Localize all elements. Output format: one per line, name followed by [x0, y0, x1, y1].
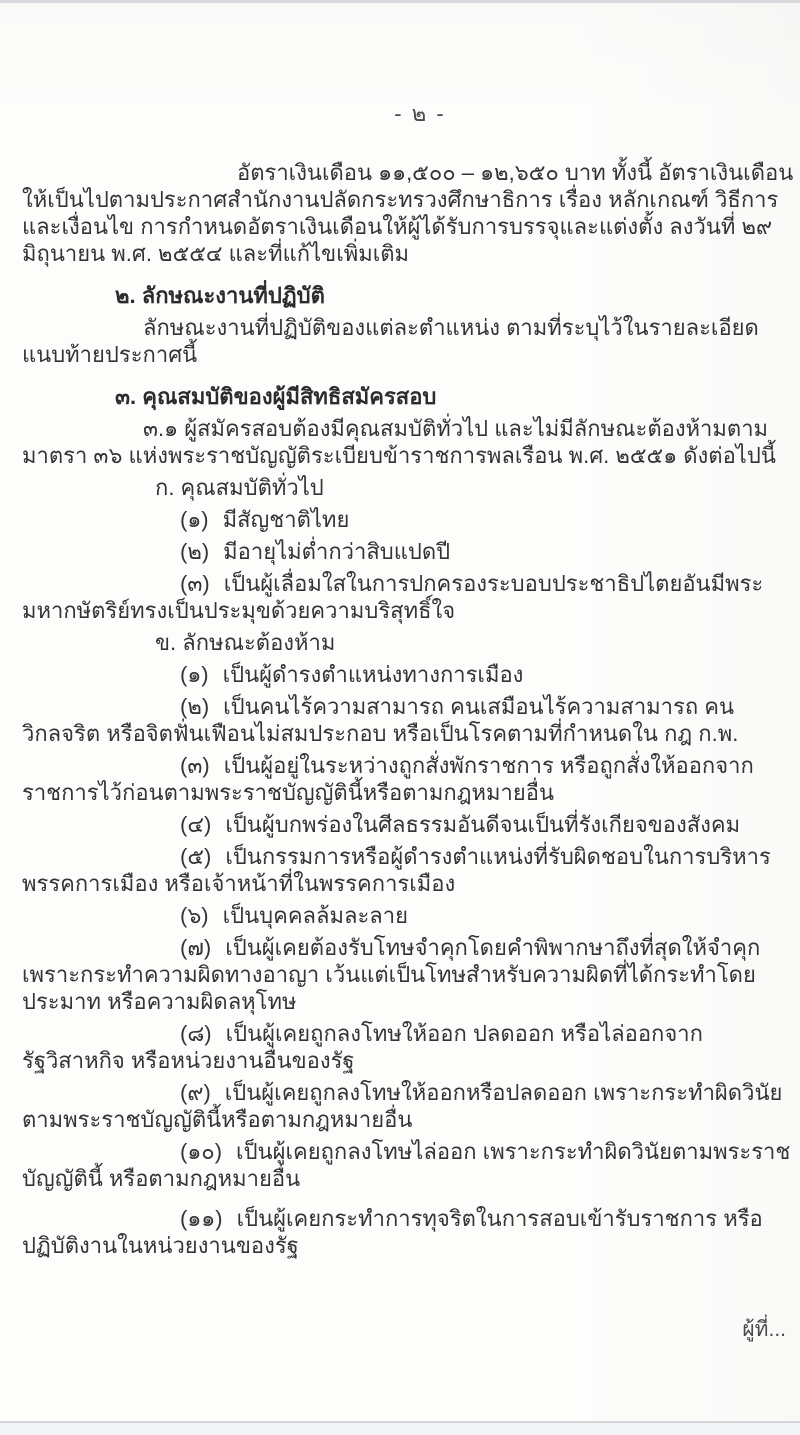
item-number: (๑)	[180, 507, 209, 532]
item-text: เป็นผู้ดำรงตำแหน่งทางการเมือง	[223, 662, 524, 687]
item-text: เป็นผู้เคยต้องรับโทษจำคุกโดยคำพิพากษาถึง…	[22, 935, 760, 1014]
item-number: (๑)	[180, 662, 209, 687]
prohibition-item-1: (๑)เป็นผู้ดำรงตำแหน่งทางการเมือง	[22, 661, 794, 688]
clause-3-1: ๓.๑ ผู้สมัครสอบต้องมีคุณสมบัติทั่วไป และ…	[22, 415, 794, 469]
item-text: มีอายุไม่ต่ำกว่าสิบแปดปี	[223, 539, 450, 564]
prohibitions-label: ข. ลักษณะต้องห้าม	[155, 629, 794, 656]
prohibition-item-8: (๘)เป็นผู้เคยถูกลงโทษให้ออก ปลดออก หรือไ…	[22, 1020, 794, 1074]
item-number: (๒)	[180, 694, 209, 719]
item-number: (๘)	[180, 1021, 212, 1046]
item-number: (๗)	[180, 935, 211, 960]
prohibition-item-3: (๓)เป็นผู้อยู่ในระหว่างถูกสั่งพักราชการ …	[22, 752, 794, 806]
general-qualifications-label: ก. คุณสมบัติทั่วไป	[155, 474, 794, 501]
item-text: เป็นบุคคลล้มละลาย	[223, 903, 408, 928]
document-page: - ๒ - อัตราเงินเดือน ๑๑,๕๐๐ – ๑๒,๖๕๐ บาท…	[0, 0, 800, 1435]
item-text: เป็นผู้เคยกระทำการทุจริตในการสอบเข้ารับร…	[22, 1206, 763, 1258]
item-number: (๕)	[180, 844, 211, 869]
section-2-heading: ๒. ลักษณะงานที่ปฏิบัติ	[115, 282, 794, 309]
item-text: เป็นผู้บกพร่องในศีลธรรมอันดีจนเป็นที่รัง…	[225, 812, 740, 837]
page-number: - ๒ -	[34, 100, 800, 127]
qualification-item-3: (๓)เป็นผู้เลื่อมใสในการปกครองระบอบประชาธ…	[22, 570, 794, 624]
item-number: (๔)	[180, 812, 211, 837]
item-number: (๑๐)	[180, 1139, 222, 1164]
item-text: เป็นผู้เคยถูกลงโทษไล่ออก เพราะกระทำผิดวิ…	[22, 1139, 790, 1191]
item-number: (๓)	[180, 753, 210, 778]
item-text: เป็นผู้เคยถูกลงโทษให้ออกหรือปลดออก เพราะ…	[22, 1080, 782, 1132]
item-number: (๖)	[180, 903, 209, 928]
item-number: (๙)	[180, 1080, 211, 1105]
document-content: - ๒ - อัตราเงินเดือน ๑๑,๕๐๐ – ๑๒,๖๕๐ บาท…	[0, 0, 800, 1264]
item-number: (๓)	[180, 571, 210, 596]
qualification-item-1: (๑)มีสัญชาติไทย	[22, 506, 794, 533]
continuation-catchword: ผู้ที่...	[742, 1316, 786, 1343]
prohibition-item-10: (๑๐)เป็นผู้เคยถูกลงโทษไล่ออก เพราะกระทำผ…	[22, 1138, 794, 1192]
prohibition-item-4: (๔)เป็นผู้บกพร่องในศีลธรรมอันดีจนเป็นที่…	[22, 811, 794, 838]
item-text: มีสัญชาติไทย	[223, 507, 350, 532]
prohibition-item-9: (๙)เป็นผู้เคยถูกลงโทษให้ออกหรือปลดออก เพ…	[22, 1079, 794, 1133]
item-text: เป็นคนไร้ความสามารถ คนเสมือนไร้ความสามาร…	[22, 694, 738, 746]
section-2-body: ลักษณะงานที่ปฏิบัติของแต่ละตำแหน่ง ตามที…	[22, 314, 794, 368]
prohibition-item-6: (๖)เป็นบุคคลล้มละลาย	[22, 902, 794, 929]
scan-bottom-strip	[0, 1423, 800, 1435]
intro-paragraph: อัตราเงินเดือน ๑๑,๕๐๐ – ๑๒,๖๕๐ บาท ทั้งน…	[22, 159, 794, 267]
prohibition-item-11: (๑๑)เป็นผู้เคยกระทำการทุจริตในการสอบเข้า…	[22, 1205, 794, 1259]
qualification-item-2: (๒)มีอายุไม่ต่ำกว่าสิบแปดปี	[22, 538, 794, 565]
item-number: (๑๑)	[180, 1206, 223, 1231]
section-3-heading: ๓. คุณสมบัติของผู้มีสิทธิสมัครสอบ	[115, 383, 794, 410]
prohibition-item-7: (๗)เป็นผู้เคยต้องรับโทษจำคุกโดยคำพิพากษา…	[22, 934, 794, 1015]
item-text: เป็นผู้อยู่ในระหว่างถูกสั่งพักราชการ หรื…	[22, 753, 754, 805]
item-text: เป็นผู้เคยถูกลงโทษให้ออก ปลดออก หรือไล่อ…	[22, 1021, 703, 1073]
prohibition-item-2: (๒)เป็นคนไร้ความสามารถ คนเสมือนไร้ความสา…	[22, 693, 794, 747]
item-text: เป็นกรรมการหรือผู้ดำรงตำแหน่งที่รับผิดชอ…	[22, 844, 771, 896]
item-number: (๒)	[180, 539, 209, 564]
prohibition-item-5: (๕)เป็นกรรมการหรือผู้ดำรงตำแหน่งที่รับผิ…	[22, 843, 794, 897]
item-text: เป็นผู้เลื่อมใสในการปกครองระบอบประชาธิปไ…	[22, 571, 763, 623]
